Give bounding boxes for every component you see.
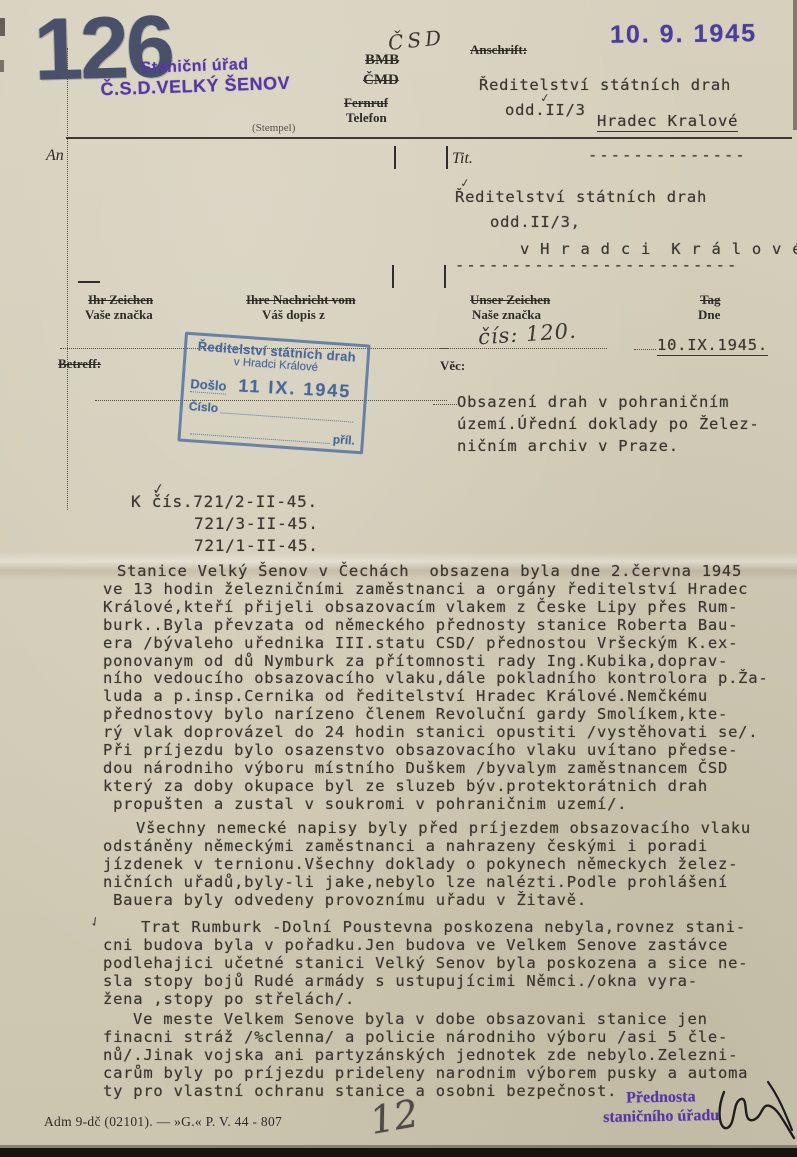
text-line: podlehajici učetné stanici Velký Senov b… xyxy=(103,954,748,972)
date-received-stamp: 10. 9. 1945 xyxy=(610,19,757,50)
text-line: ve 13 hodin železničními zaměstnanci a o… xyxy=(103,581,768,599)
body-paragraph-4: Ve meste Velkem Senove byla v dobe obsaz… xyxy=(103,1010,748,1100)
pril-label: příl. xyxy=(332,432,355,448)
vas-dopis-label: Váš dopis z xyxy=(262,307,325,323)
form-dotted-line xyxy=(440,348,607,349)
text-line: žena ,stopy po střelách/. xyxy=(103,990,748,1008)
text-line: luda a p.insp.Cernika od ředitelství Hra… xyxy=(103,688,768,706)
fold-mark xyxy=(444,265,446,288)
text-line: území.Úřední doklady po Želez- xyxy=(457,413,759,435)
body-paragraph-2: Všechny nemecké napisy byly před príjezd… xyxy=(103,819,751,909)
handwritten-csd: ČSD xyxy=(387,25,446,55)
text-line: ničním archiv v Praze. xyxy=(457,435,759,457)
ihre-nachricht-label: Ihre Nachricht vom xyxy=(246,292,356,308)
text-line: ního vedoucího obsazovacího vlaku,dále p… xyxy=(103,670,768,688)
text-line: Obsazení drah v pohraničním xyxy=(457,391,759,413)
text-line: 721/3-II-45. xyxy=(131,513,319,535)
text-line: finacni stráž /%clenna/ a policie národn… xyxy=(103,1028,748,1046)
recipient-line2: odd.II/3, xyxy=(490,213,581,231)
scan-edge-bottom xyxy=(0,1148,797,1157)
body-paragraph-3: Trat Rumburk -Dolní Poustevna poskozena … xyxy=(103,918,748,1008)
arrival-registry-stamp: Ředitelství státních drah v Hradci Králo… xyxy=(177,332,370,455)
letterhead-addressee-city: Hradec Kralové xyxy=(597,112,738,132)
text-line: který za doby okupace byl ze sluzeb býv.… xyxy=(103,778,768,796)
fold-mark xyxy=(78,281,100,283)
text-line: Všechny nemecké napisy byly před príjezd… xyxy=(103,819,751,837)
scan-edge-right xyxy=(793,0,797,130)
text-line: K čís.721/2-II-45. xyxy=(131,491,319,513)
text-line: Stanice Velký Šenov v Čechách obsazena b… xyxy=(103,563,768,581)
text-line: Bauera byly odvedeny provoznímu uřadu v … xyxy=(103,891,751,909)
fold-mark xyxy=(394,146,396,169)
pencil-page-number: 12 xyxy=(367,1091,422,1143)
vase-znacka-label: Vaše značka xyxy=(85,307,153,323)
station-office-stamp: Staniční úřad Č.S.D.VELKÝ ŠENOV xyxy=(99,55,290,101)
text-line: dou národniho výboru místního Duškem /by… xyxy=(103,760,768,778)
nase-znacka-label: Naše značka xyxy=(472,307,541,323)
form-dotted-line xyxy=(634,349,656,350)
reference-numbers: K čís.721/2-II-45.721/3-II-45.721/1-II-4… xyxy=(131,491,319,557)
signature-title-stamp: Přednosta staničního úřadu xyxy=(596,1087,727,1127)
text-line: odstáněny německými zaměstnanci a nahraz… xyxy=(103,837,751,855)
text-line: sla stopy bojů Rudé armády s ustupujícim… xyxy=(103,972,748,990)
betreff-label: Betreff: xyxy=(58,356,101,372)
anschrift-label: Anschrift: xyxy=(470,42,527,58)
text-line: ničních uřadů,byly-li jake,nebylo lze na… xyxy=(103,873,751,891)
pril-dotted-line xyxy=(190,423,330,444)
text-line: propušten a zustal v soukromi v pohranič… xyxy=(103,796,768,814)
typed-dashes-bottom: ------------------------- xyxy=(455,256,738,274)
checkmark-icon: ✓ xyxy=(539,90,551,105)
tag-label: Tag xyxy=(700,292,720,308)
document-page: 126 (Stempel) Staniční úřad Č.S.D.VELKÝ … xyxy=(0,0,797,1157)
text-line: carům byly po príjezdu prideleny narodni… xyxy=(103,1064,748,1082)
margin-dotted-line xyxy=(67,48,68,510)
text-line: 721/1-II-45. xyxy=(131,535,319,557)
text-line: Ve meste Velkem Senove byla v dobe obsaz… xyxy=(103,1010,748,1028)
tit-label: Tit. xyxy=(452,150,473,168)
text-line: nů/.Jinak vojska ani partyzánských jedno… xyxy=(103,1046,748,1064)
text-line: Trat Rumburk -Dolní Poustevna poskozena … xyxy=(103,918,748,936)
fold-mark xyxy=(446,146,448,169)
text-line: Králové,kteří přijeli obsazovacím vlakem… xyxy=(103,599,768,617)
arrival-date-stamp: 11 IX. 1945 xyxy=(238,376,352,403)
body-paragraph-1: Stanice Velký Šenov v Čechách obsazena b… xyxy=(103,563,768,814)
cislo-label: Číslo xyxy=(188,399,218,415)
unser-zeichen-label: Unser Zeichen xyxy=(470,292,550,308)
handwritten-reference-number: čís: 120. xyxy=(477,319,577,350)
dne-label: Dne xyxy=(698,307,720,323)
scan-mark-left xyxy=(0,60,4,72)
typed-date: 10.IX.1945. xyxy=(657,336,768,356)
typed-dashes-top: -------------- xyxy=(588,146,747,164)
bmb-label: BMB xyxy=(365,52,399,69)
scan-mark-left-top xyxy=(0,18,5,36)
subject-text: Obsazení drah v pohraničnímúzemí.Úřední … xyxy=(457,391,759,457)
text-line: burk..Byla převzata od německého přednos… xyxy=(103,617,768,635)
fold-mark xyxy=(392,265,394,288)
text-line: přednostovy bylo narízeno členem Revoluč… xyxy=(103,706,768,724)
stempel-label: (Stempel) xyxy=(252,122,295,134)
scan-edge-shadow xyxy=(0,1145,797,1148)
text-line: rý vlak doprovázel do 24 hodin stanici o… xyxy=(103,724,768,742)
checkmark-icon: ✓ xyxy=(87,913,104,931)
vec-label: Věc: xyxy=(440,358,465,374)
handwritten-signature xyxy=(712,1078,797,1146)
letterhead-addressee-line1: Ředitelství státních drah xyxy=(479,76,731,94)
cmd-label: ČMD xyxy=(363,72,399,89)
doslo-label: Došlo xyxy=(190,376,227,394)
text-line: ponovanym od dů Nymburk za přítomnosti r… xyxy=(103,653,768,671)
text-line: cni budova byla v pořadku.Jen budova ve … xyxy=(103,936,748,954)
form-code: Adm 9-dč (02101). — »G.« P. V. 44 - 807 xyxy=(44,1114,282,1130)
text-line: era /bývaleho uřednika III.statu CSD/ př… xyxy=(103,635,768,653)
cislo-dotted-line xyxy=(221,402,354,422)
signature-stamp-line1: Přednosta xyxy=(596,1087,726,1108)
signature-stamp-line2: staničního úřadu xyxy=(596,1106,726,1127)
subject-dotted-lead xyxy=(433,404,457,405)
ihr-zeichen-label: Ihr Zeichen xyxy=(88,292,153,308)
telefon-label: Telefon xyxy=(346,110,387,126)
text-line: Při príjezdu bylo osazenstvo obsazovacíh… xyxy=(103,742,768,760)
fernruf-label: Fernruf xyxy=(344,95,388,111)
letterhead-rule xyxy=(66,137,792,139)
text-line: jízdenek v ternionu.Všechny doklady o po… xyxy=(103,855,751,873)
an-label: An xyxy=(46,147,64,165)
recipient-line1: Ředitelství státních drah xyxy=(455,188,707,206)
